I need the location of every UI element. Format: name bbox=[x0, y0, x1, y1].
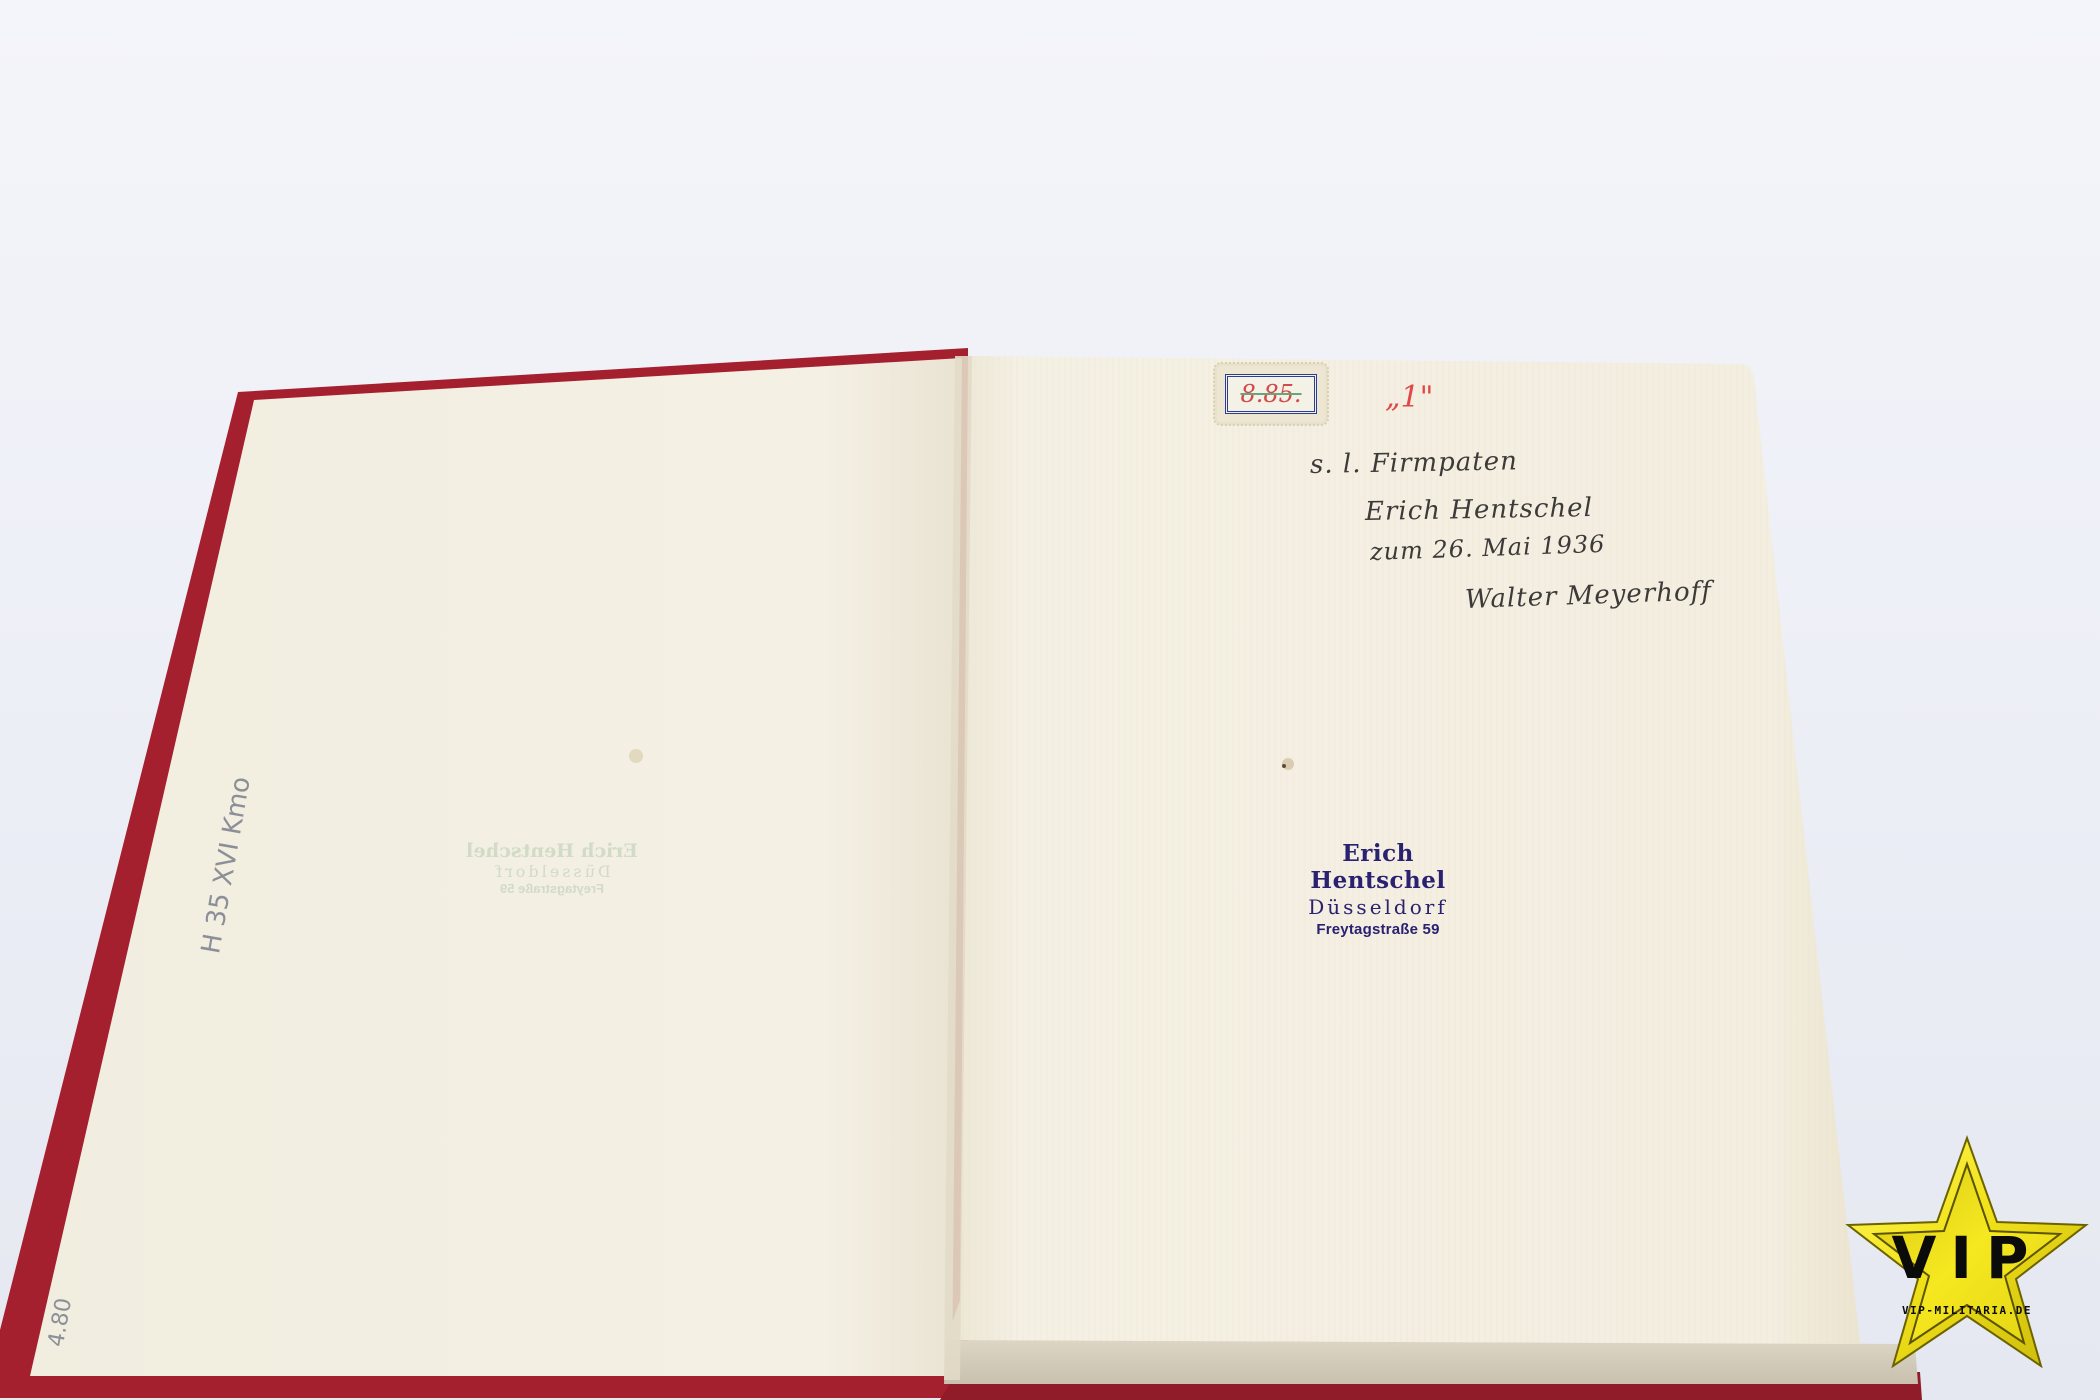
ghost-stamp-line3: Freytagstraße 59 bbox=[462, 881, 642, 896]
library-label-frame: 8.85. bbox=[1225, 374, 1317, 414]
page-block-edge bbox=[944, 1340, 1918, 1384]
red-number-mark: „1" bbox=[1385, 380, 1433, 415]
stamp-name: Erich Hentschel bbox=[1278, 840, 1478, 894]
stamp-street: Freytagstraße 59 bbox=[1278, 921, 1478, 938]
owner-stamp: Erich Hentschel Düsseldorf Freytagstraße… bbox=[1278, 840, 1478, 938]
open-book bbox=[0, 0, 2100, 1400]
ghost-stamp-line1: Erich Hentschel bbox=[462, 840, 642, 862]
library-label-text: 8.85. bbox=[1240, 380, 1301, 408]
inscription-line-1: s. l. Firmpaten bbox=[1310, 446, 1518, 480]
library-label: 8.85. bbox=[1217, 366, 1325, 422]
photo-scene: H 35 XVI Kmo 4.80 Erich Hentschel Düssel… bbox=[0, 0, 2100, 1400]
stamp-city: Düsseldorf bbox=[1278, 895, 1478, 919]
ghost-stamp-line2: Düsseldorf bbox=[462, 862, 642, 881]
watermark-url-text: VIP-MILITARIA.DE bbox=[1838, 1304, 2096, 1317]
inscription-line-2: Erich Hentschel bbox=[1365, 493, 1593, 527]
vip-watermark-logo: VIP VIP-MILITARIA.DE bbox=[1838, 1128, 2096, 1386]
bleed-through-stamp: Erich Hentschel Düsseldorf Freytagstraße… bbox=[462, 840, 642, 896]
watermark-main-text: VIP bbox=[1838, 1224, 2096, 1292]
